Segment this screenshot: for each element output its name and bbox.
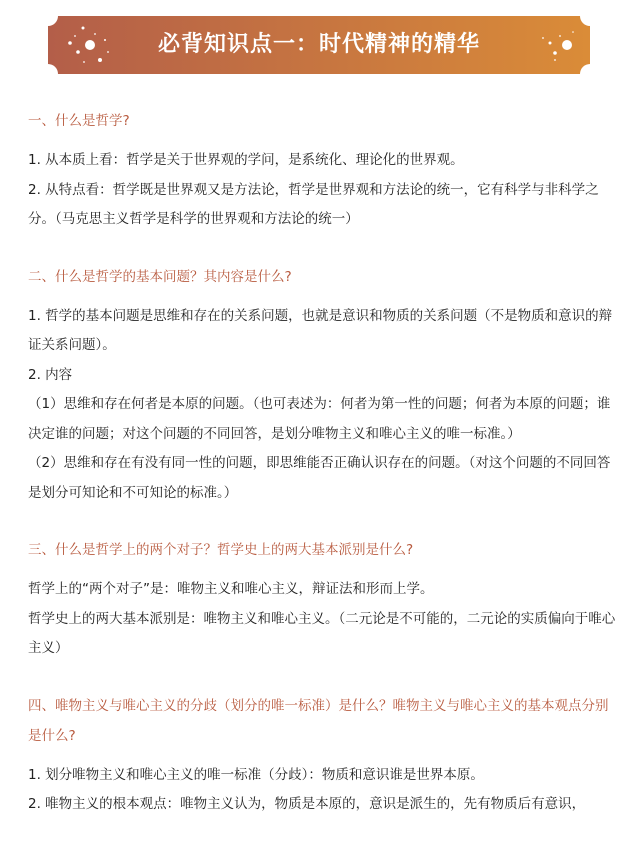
banner-title: 必背知识点一：时代精神的精华 — [48, 16, 590, 74]
paragraph: （2）思维和存在有没有同一性的问题，即思维能否正确认识存在的问题。（对这个问题的… — [28, 449, 618, 508]
paragraph: 1. 划分唯物主义和唯心主义的唯一标准（分歧）：物质和意识谁是世界本原。 — [28, 761, 618, 791]
section-two-pairs: 三、什么是哲学上的两个对子？哲学史上的两大基本派别是什么? 哲学上的“两个对子”… — [28, 535, 618, 664]
article-content: 一、什么是哲学? 1. 从本质上看：哲学是关于世界观的学问，是系统化、理论化的世… — [28, 106, 618, 820]
section-heading: 一、什么是哲学? — [28, 106, 618, 136]
paragraph: 1. 从本质上看：哲学是关于世界观的学问，是系统化、理论化的世界观。 — [28, 146, 618, 176]
section-heading: 四、唯物主义与唯心主义的分歧（划分的唯一标准）是什么？唯物主义与唯心主义的基本观… — [28, 691, 618, 751]
paragraph: 哲学史上的两大基本派别是：唯物主义和唯心主义。（二元论是不可能的，二元论的实质偏… — [28, 605, 618, 664]
paragraph: 1. 哲学的基本问题是思维和存在的关系问题，也就是意识和物质的关系问题（不是物质… — [28, 302, 618, 361]
paragraph: （1）思维和存在何者是本原的问题。（也可表述为：何者为第一性的问题；何者为本原的… — [28, 390, 618, 449]
section-materialism-idealism: 四、唯物主义与唯心主义的分歧（划分的唯一标准）是什么？唯物主义与唯心主义的基本观… — [28, 691, 618, 820]
paragraph: 2. 内容 — [28, 361, 618, 391]
paragraph: 2. 唯物主义的根本观点：唯物主义认为，物质是本原的，意识是派生的，先有物质后有… — [28, 790, 618, 820]
section-basic-question: 二、什么是哲学的基本问题？其内容是什么? 1. 哲学的基本问题是思维和存在的关系… — [28, 262, 618, 509]
paragraph: 哲学上的“两个对子”是：唯物主义和唯心主义，辩证法和形而上学。 — [28, 575, 618, 605]
section-what-is-philosophy: 一、什么是哲学? 1. 从本质上看：哲学是关于世界观的学问，是系统化、理论化的世… — [28, 106, 618, 235]
section-heading: 二、什么是哲学的基本问题？其内容是什么? — [28, 262, 618, 292]
title-banner: 必背知识点一：时代精神的精华 — [48, 16, 590, 74]
section-heading: 三、什么是哲学上的两个对子？哲学史上的两大基本派别是什么? — [28, 535, 618, 565]
paragraph: 2. 从特点看：哲学既是世界观又是方法论，哲学是世界观和方法论的统一，它有科学与… — [28, 176, 618, 235]
